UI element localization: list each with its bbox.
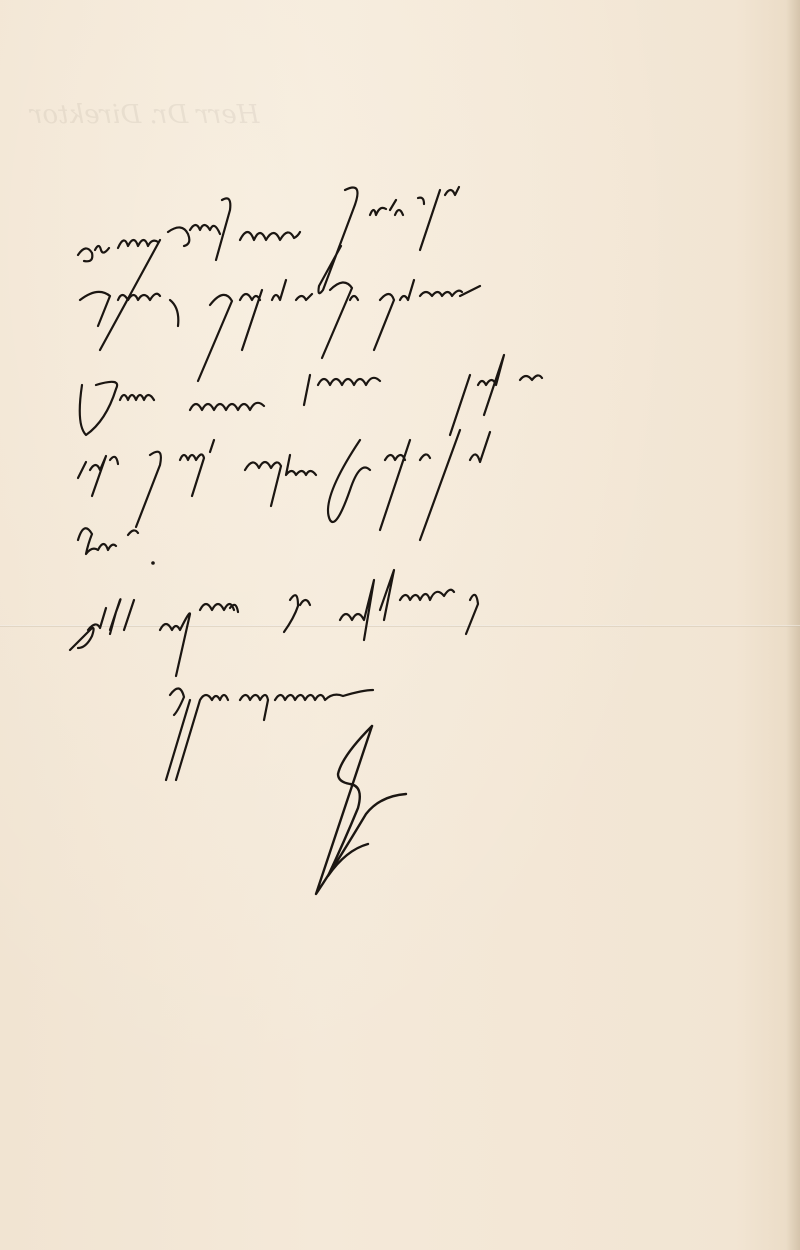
handwriting-ink <box>0 0 800 1250</box>
letter-page: Herr Dr. Direktor <box>0 0 800 1250</box>
